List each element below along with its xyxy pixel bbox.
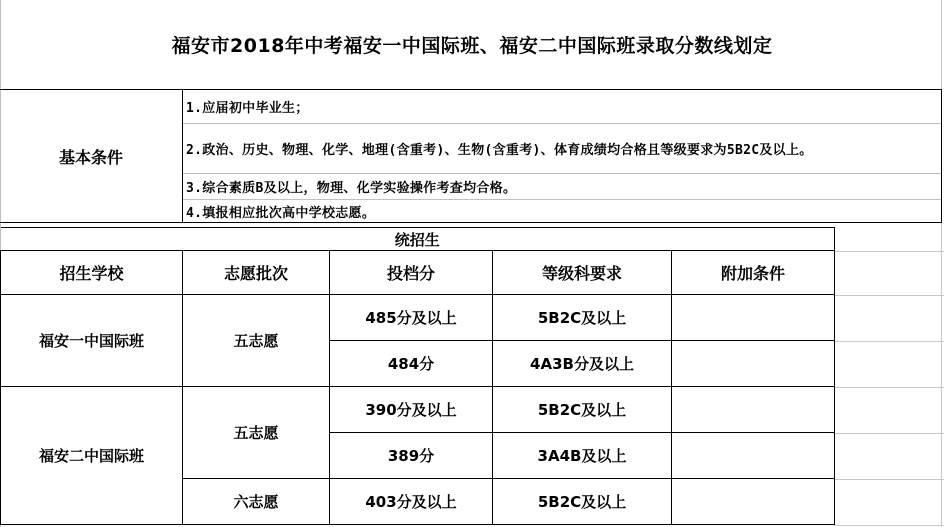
extra-cell [672,341,835,387]
score-cell: 485分及以上 [330,295,493,341]
extra-cell [672,433,835,479]
table-banner: 统招生 [1,228,835,251]
table-row: 福安一中国际班 五志愿 485分及以上 5B2C及以上 [1,295,835,341]
school-name: 福安二中国际班 [1,387,183,525]
grade-cell: 5B2C及以上 [493,387,672,433]
batch-name: 五志愿 [183,387,330,479]
batch-name: 五志愿 [183,295,330,387]
score-cell: 403分及以上 [330,479,493,525]
sheet-gridline [834,341,944,342]
sheet-gridline [834,525,944,526]
basic-conditions-label: 基本条件 [0,90,183,222]
extra-cell [672,479,835,525]
sheet-gridline [834,433,944,434]
school-name: 福安一中国际班 [1,295,183,387]
column-header-grade: 等级科要求 [493,251,672,295]
sheet-gridline [834,251,944,252]
grade-cell: 5B2C及以上 [493,479,672,525]
condition-item: 3.综合素质B及以上，物理、化学实验操作考查均合格。 [183,173,941,200]
page-title: 福安市2018年中考福安一中国际班、福安二中国际班录取分数线划定 [0,0,944,89]
admissions-table: 统招生 招生学校 志愿批次 投档分 等级科要求 附加条件 福安一中国际班 五志愿… [0,227,834,526]
condition-item: 4.填报相应批次高中学校志愿。 [183,199,941,223]
column-header-score: 投档分 [330,251,493,295]
grade-cell: 4A3B分及以上 [493,341,672,387]
sheet-gridline [834,479,944,480]
sheet-gridline [834,387,944,388]
extra-cell [672,295,835,341]
condition-item: 2.政治、历史、物理、化学、地理(含重考)、生物(含重考)、体育成绩均合格且等级… [183,123,941,174]
table-row: 福安二中国际班 五志愿 390分及以上 5B2C及以上 [1,387,835,433]
score-cell: 390分及以上 [330,387,493,433]
column-header-school: 招生学校 [1,251,183,295]
basic-conditions-table: 基本条件 1.应届初中毕业生； 2.政治、历史、物理、化学、地理(含重考)、生物… [0,89,942,223]
column-header-batch: 志愿批次 [183,251,330,295]
grade-cell: 5B2C及以上 [493,295,672,341]
column-header-extra: 附加条件 [672,251,835,295]
sheet-gridline [834,295,944,296]
batch-name: 六志愿 [183,479,330,525]
condition-item: 1.应届初中毕业生； [183,90,941,124]
score-cell: 389分 [330,433,493,479]
extra-cell [672,387,835,433]
grade-cell: 3A4B及以上 [493,433,672,479]
score-cell: 484分 [330,341,493,387]
